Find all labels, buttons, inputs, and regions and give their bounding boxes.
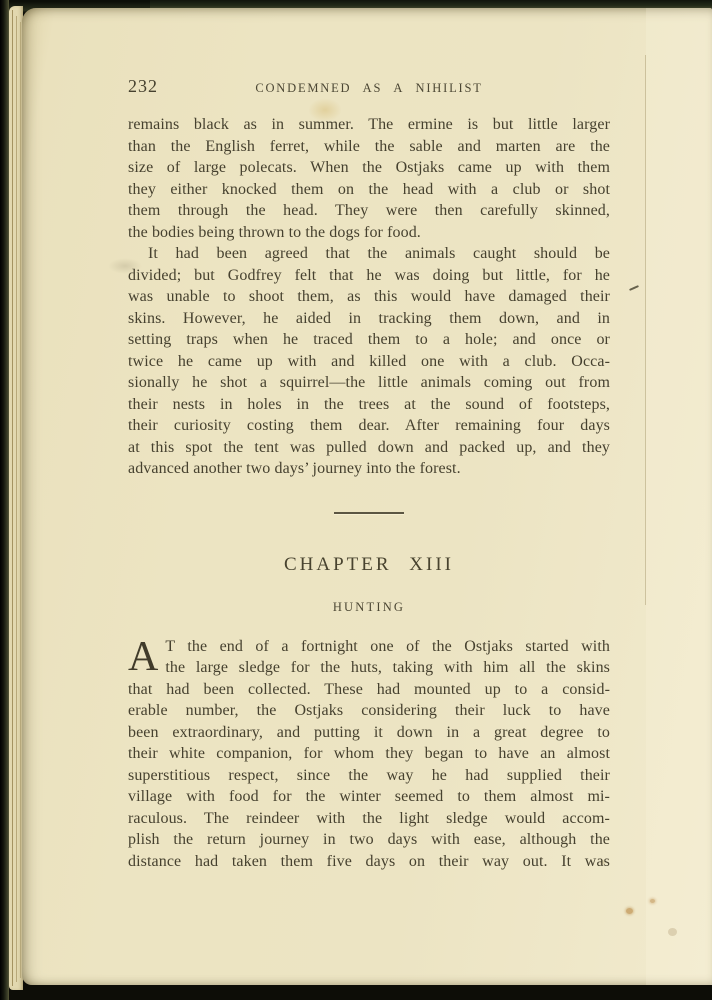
text-line: erable number, the Ostjaks considering t… bbox=[128, 700, 610, 722]
text-line: them through the head. They were then ca… bbox=[128, 200, 610, 222]
text-line: was unable to shoot them, as this would … bbox=[128, 286, 610, 308]
book-spine-edge bbox=[0, 0, 9, 1000]
chapter-heading: CHAPTER XIII bbox=[128, 554, 610, 576]
text-line: T the end of a fortnight one of the Ostj… bbox=[128, 636, 610, 658]
paragraph: A T the end of a fortnight one of the Os… bbox=[128, 636, 610, 873]
scanned-book-photo: 232 CONDEMNED AS A NIHILIST remains blac… bbox=[0, 0, 712, 1000]
foxing-spot bbox=[668, 928, 677, 936]
drop-cap-initial: A bbox=[128, 636, 165, 678]
text-line: their white companion, for whom they beg… bbox=[128, 743, 610, 765]
text-line: It had been agreed that the animals caug… bbox=[128, 243, 610, 265]
page-fore-edge-line bbox=[645, 55, 646, 605]
paragraph-lines: T the end of a fortnight one of the Ostj… bbox=[128, 636, 610, 873]
running-header: 232 CONDEMNED AS A NIHILIST bbox=[128, 76, 610, 96]
text-line: that had been collected. These had mount… bbox=[128, 679, 610, 701]
section-divider-rule bbox=[334, 512, 404, 514]
page-number: 232 bbox=[128, 76, 212, 97]
text-line: skins. However, he aided in tracking the… bbox=[128, 308, 610, 330]
text-line: setting traps when he traced them to a h… bbox=[128, 329, 610, 351]
text-line: size of large polecats. When the Ostjaks… bbox=[128, 157, 610, 179]
printed-page-content: 232 CONDEMNED AS A NIHILIST remains blac… bbox=[128, 76, 610, 872]
text-line: the bodies being thrown to the dogs for … bbox=[128, 222, 610, 244]
text-line: advanced another two days’ journey into … bbox=[128, 458, 610, 480]
paragraph: It had been agreed that the animals caug… bbox=[128, 243, 610, 480]
chapter-subtitle: HUNTING bbox=[128, 600, 610, 614]
text-line: distance had taken them five days on the… bbox=[128, 851, 610, 873]
text-line: at this spot the tent was pulled down an… bbox=[128, 437, 610, 459]
page-edge-stack bbox=[9, 6, 23, 990]
text-line: been extraordinary, and putting it down … bbox=[128, 722, 610, 744]
page-edge-line bbox=[20, 22, 21, 978]
text-line: twice he came up with and killed one wit… bbox=[128, 351, 610, 373]
text-line: their curiosity costing them dear. After… bbox=[128, 415, 610, 437]
text-line: superstitious respect, since the way he … bbox=[128, 765, 610, 787]
text-line: they either knocked them on the head wit… bbox=[128, 179, 610, 201]
text-line: the large sledge for the huts, taking wi… bbox=[128, 657, 610, 679]
foxing-spot bbox=[626, 908, 633, 914]
page-edge-line bbox=[16, 16, 17, 982]
page-edge-line bbox=[12, 10, 13, 986]
text-line: sionally he shot a squirrel—the little a… bbox=[128, 372, 610, 394]
page-fore-edge-highlight bbox=[646, 8, 712, 985]
text-line: raculous. The reindeer with the light sl… bbox=[128, 808, 610, 830]
text-line: their nests in holes in the trees at the… bbox=[128, 394, 610, 416]
text-line: divided; but Godfrey felt that he was do… bbox=[128, 265, 610, 287]
paragraph: remains black as in summer. The ermine i… bbox=[128, 114, 610, 243]
text-line: village with food for the winter seemed … bbox=[128, 786, 610, 808]
text-line: remains black as in summer. The ermine i… bbox=[128, 114, 610, 136]
text-line: than the English ferret, while the sable… bbox=[128, 136, 610, 158]
text-line: plish the return journey in two days wit… bbox=[128, 829, 610, 851]
running-title: CONDEMNED AS A NIHILIST bbox=[212, 81, 526, 96]
foxing-spot bbox=[650, 899, 655, 903]
